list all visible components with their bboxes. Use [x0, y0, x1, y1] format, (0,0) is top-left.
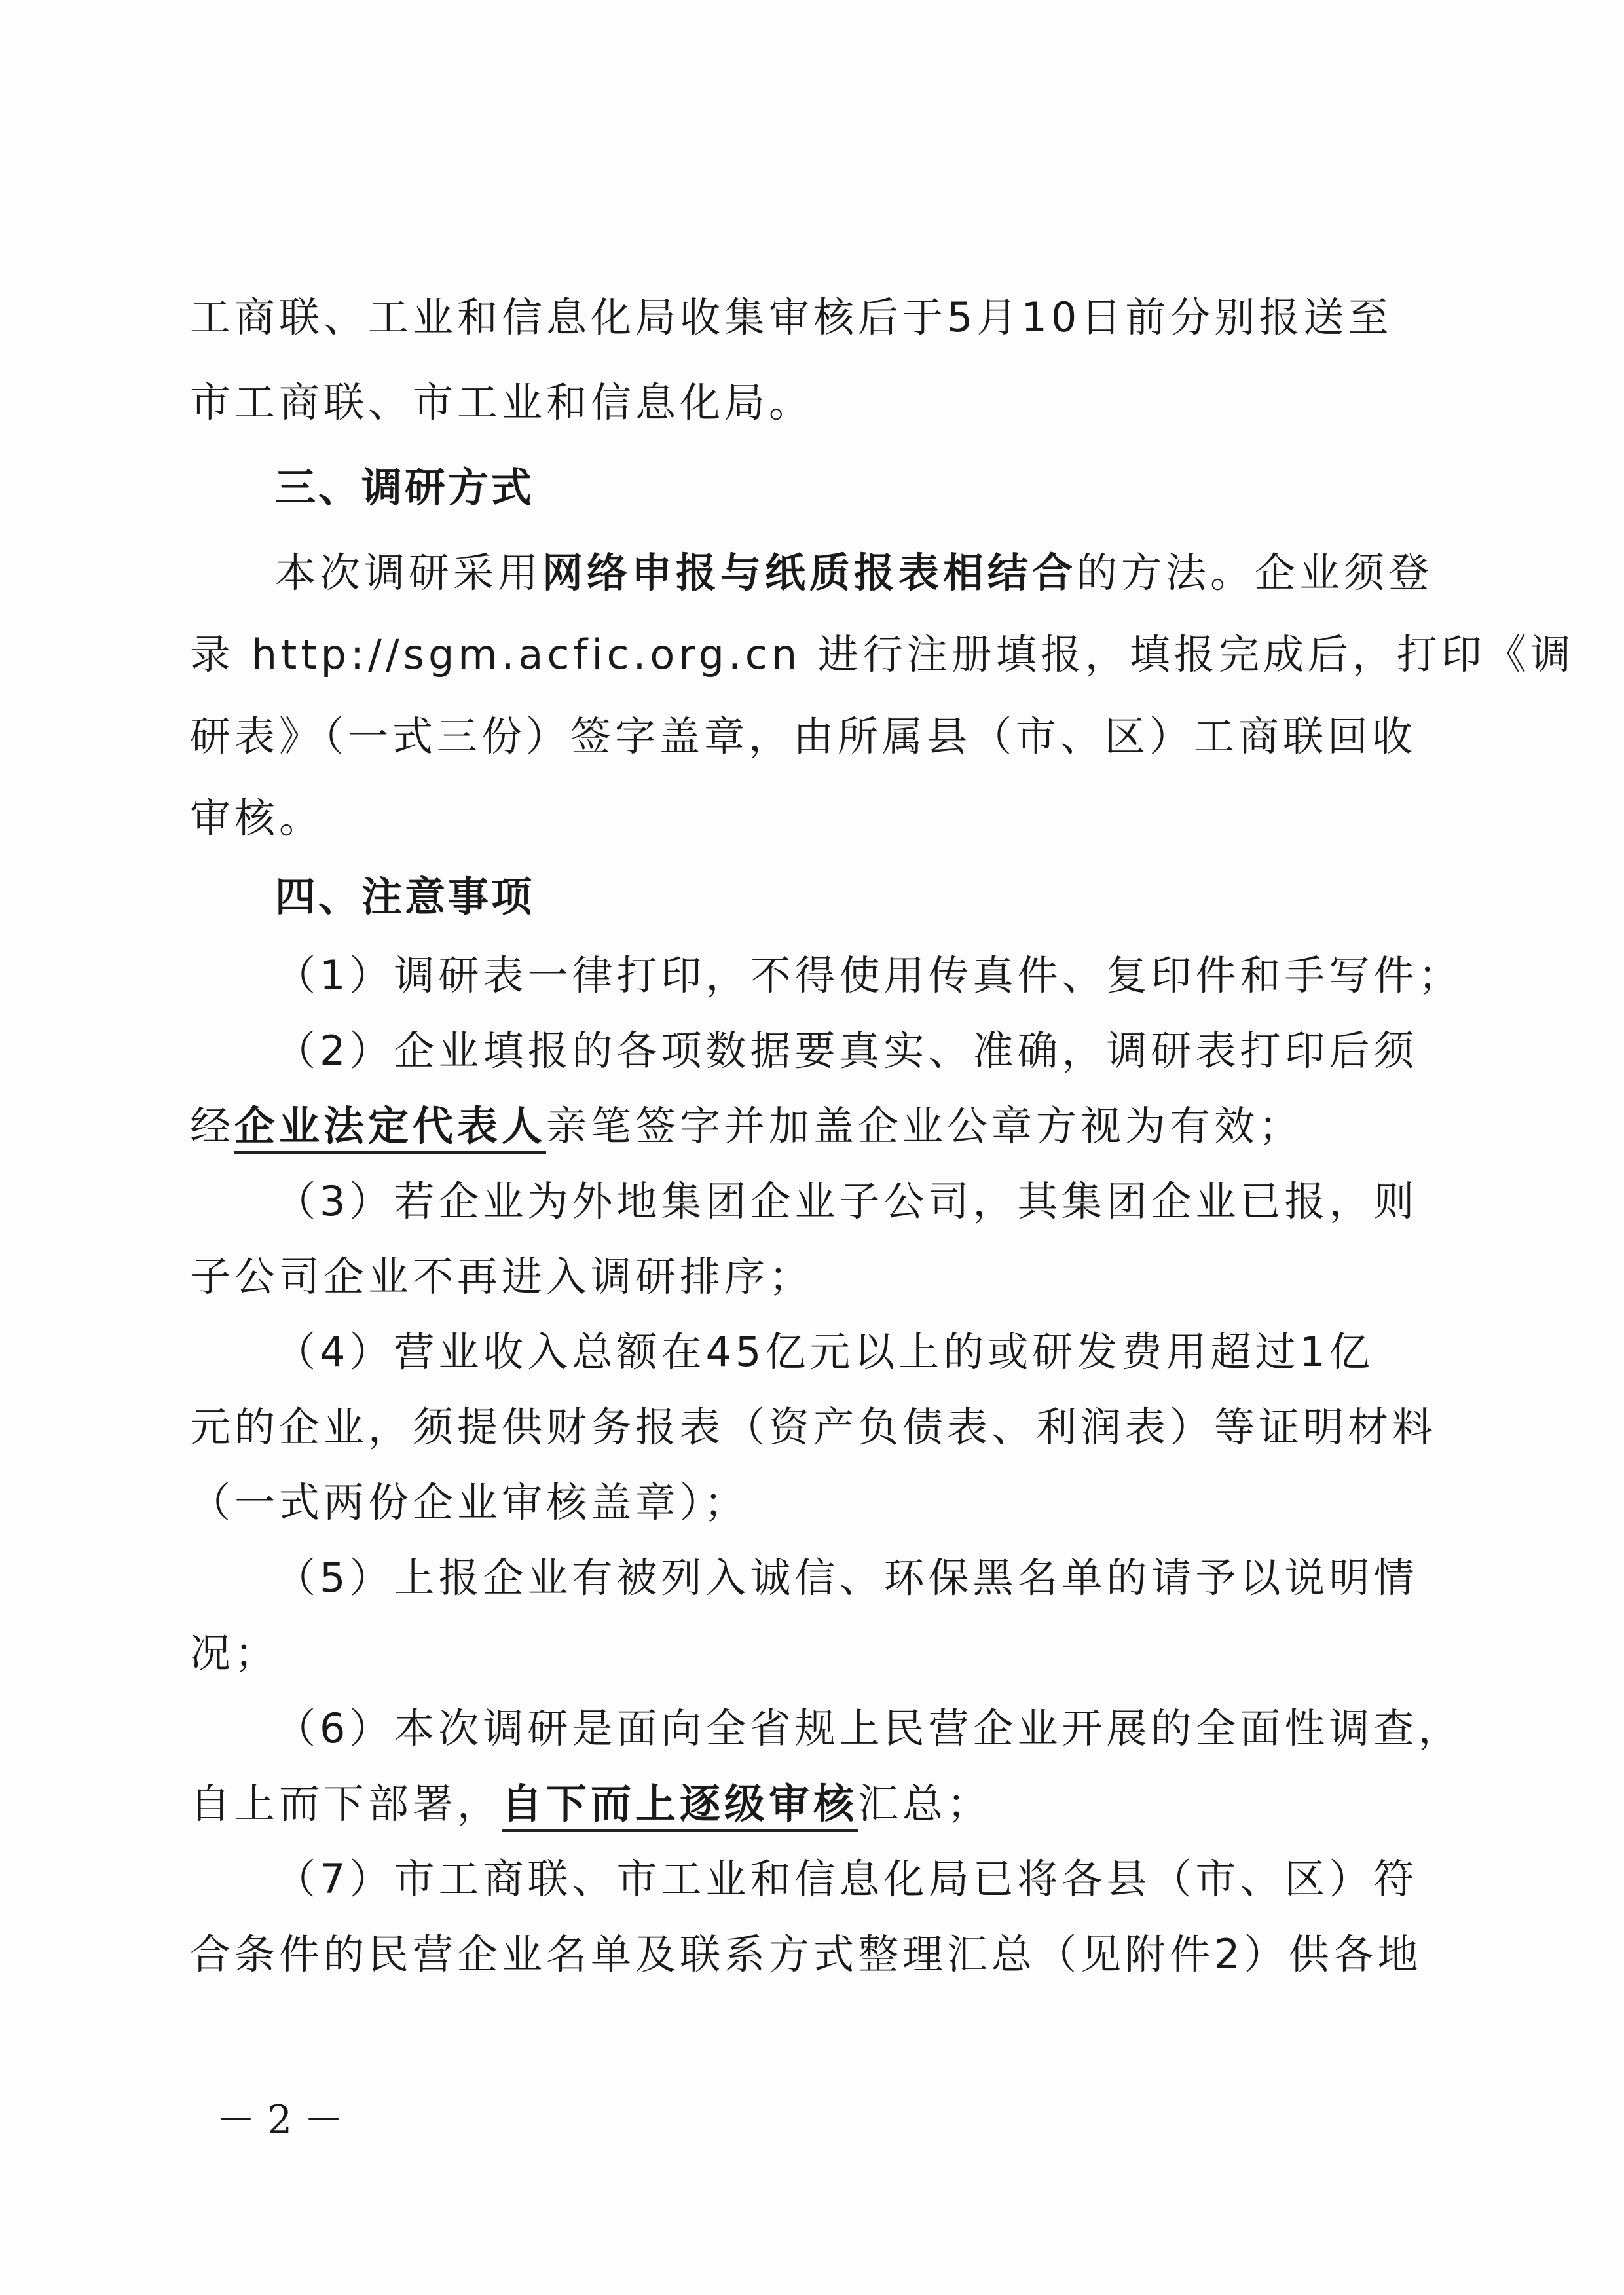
note-item-5-cont: 况； [190, 1627, 1421, 1680]
note-item-3: （3）若企业为外地集团企业子公司，其集团企业已报，则 [275, 1175, 1506, 1228]
note-item-4-cont: 元的企业，须提供财务报表（资产负债表、利润表）等证明材料 [190, 1401, 1421, 1454]
section-heading-survey-method: 三、调研方式 [275, 462, 1506, 514]
document-page: 工商联、工业和信息化局收集审核后于5月10日前分别报送至 市工商联、市工业和信息… [0, 0, 1624, 2295]
note-item-6: （6）本次调研是面向全省规上民营企业开展的全面性调查， [275, 1702, 1506, 1755]
note-item-6-cont: 自上而下部署，自下而上逐级审核汇总； [190, 1778, 1421, 1830]
emphasis-text: 网络申报与纸质报表相结合 [542, 549, 1077, 597]
note-item-7: （7）市工商联、市工业和信息化局已将各县（市、区）符 [275, 1853, 1506, 1905]
text: 本次调研采用 [275, 549, 542, 597]
section-heading-notes: 四、注意事项 [275, 871, 1506, 923]
text: 亲笔签字并加盖企业公章方视为有效； [546, 1102, 1303, 1150]
note-item-2: （2）企业填报的各项数据要真实、准确，调研表打印后须 [275, 1025, 1506, 1077]
page-number: －2－ [216, 2089, 355, 2145]
text: 自上而下部署， [190, 1780, 502, 1827]
note-item-7-cont: 合条件的民营企业名单及联系方式整理汇总（见附件2）供各地 [190, 1928, 1421, 1981]
underlined-emphasis: 企业法定代表人 [234, 1102, 546, 1154]
note-item-2-cont: 经企业法定代表人亲笔签字并加盖企业公章方视为有效； [190, 1100, 1421, 1152]
paragraph-line: 市工商联、市工业和信息化局。 [190, 376, 1421, 429]
paragraph-line-with-url: 录 http://sgm.acfic.org.cn 进行注册填报，填报完成后，打… [190, 629, 1421, 681]
note-item-5: （5）上报企业有被列入诚信、环保黑名单的请予以说明情 [275, 1552, 1506, 1604]
underlined-emphasis: 自下而上逐级审核 [502, 1780, 858, 1832]
note-item-3-cont: 子公司企业不再进入调研排序； [190, 1251, 1421, 1303]
paragraph-line: 审核。 [190, 792, 1421, 845]
paragraph-line: 研表》（一式三份）签字盖章，由所属县（市、区）工商联回收 [190, 710, 1421, 763]
text: 的方法。企业须登 [1077, 549, 1433, 597]
text: 经 [190, 1102, 234, 1150]
text: 汇总； [858, 1780, 991, 1827]
note-item-4-cont: （一式两份企业审核盖章）； [190, 1477, 1421, 1529]
paragraph-line: 本次调研采用网络申报与纸质报表相结合的方法。企业须登 [275, 547, 1506, 599]
paragraph-line: 工商联、工业和信息化局收集审核后于5月10日前分别报送至 [190, 291, 1421, 344]
note-item-1: （1）调研表一律打印，不得使用传真件、复印件和手写件； [275, 949, 1506, 1002]
note-item-4: （4）营业收入总额在45亿元以上的或研发费用超过1亿 [275, 1326, 1506, 1378]
